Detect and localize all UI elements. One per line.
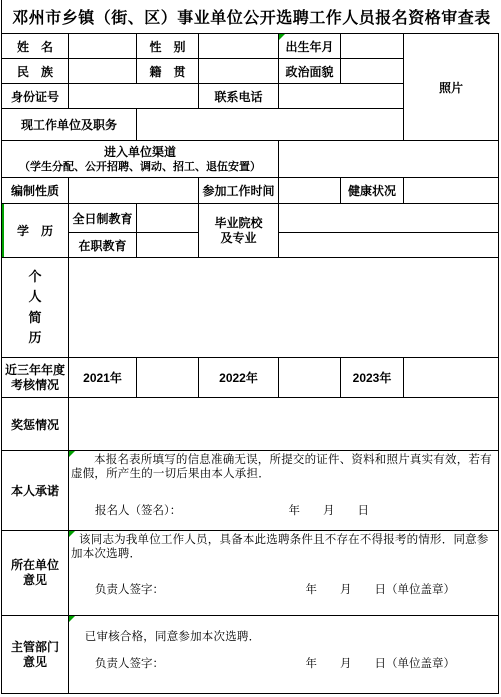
year-2021-value-cell[interactable] — [137, 358, 199, 398]
dept-opinion-text: 已审核合格，同意参加本次选聘． — [71, 631, 496, 645]
error-marker-triangle-icon — [69, 531, 75, 537]
unit-opinion-date-label: 年 月 日（单位盖章） — [306, 583, 456, 597]
current-unit-value-cell[interactable] — [137, 109, 404, 141]
year-2023-label: 2023年 — [341, 358, 404, 398]
dept-opinion-content-cell[interactable]: 已审核合格，同意参加本次选聘． 负责人签字： 年 月 日（单位盖章） — [69, 616, 499, 694]
promise-label: 本人承诺 — [2, 451, 69, 531]
ethnic-value-cell[interactable] — [69, 59, 137, 84]
school-major-line1: 毕业院校 — [199, 216, 278, 231]
staffing-label: 编制性质 — [2, 178, 69, 204]
year-2022-label: 2022年 — [199, 358, 279, 398]
year-2023-value-cell[interactable] — [404, 358, 499, 398]
ethnic-label: 民 族 — [2, 59, 69, 84]
current-unit-label: 现工作单位及职务 — [2, 109, 137, 141]
rewards-value-cell[interactable] — [69, 398, 499, 451]
health-label: 健康状况 — [341, 178, 404, 204]
health-value-cell[interactable] — [404, 178, 499, 204]
name-label: 姓 名 — [2, 34, 69, 59]
promise-date-label: 年 月 日 — [289, 504, 370, 518]
resume-value-cell[interactable] — [69, 258, 499, 358]
school-major-onjob-value-cell[interactable] — [279, 233, 499, 258]
entry-channel-label: 进入单位渠道 （学生分配、公开招聘、调动、招工、退伍安置） — [2, 141, 279, 178]
birth-label-text: 出生年月 — [285, 40, 333, 54]
assessment-line2: 考核情况 — [2, 378, 68, 393]
phone-label: 联系电话 — [199, 84, 279, 109]
onjob-edu-value-cell[interactable] — [137, 233, 199, 258]
join-time-label: 参加工作时间 — [199, 178, 279, 204]
assessment-label: 近三年年度 考核情况 — [2, 358, 69, 398]
photo-label: 照片 — [439, 81, 463, 95]
promise-text: 本报名表所填写的信息准确无误，所提交的证件、资料和照片真实有效，若有虚假，所产生… — [71, 454, 496, 481]
resume-label: 个人简历 — [2, 258, 69, 358]
dept-opinion-sign-label: 负责人签字： — [95, 657, 164, 671]
school-major-line2: 及专业 — [199, 231, 278, 246]
unit-opinion-line2: 意见 — [2, 573, 68, 588]
education-label: 学 历 — [2, 204, 69, 258]
birth-label: 出生年月 — [279, 34, 341, 59]
rewards-label: 奖惩情况 — [2, 398, 69, 451]
join-time-value-cell[interactable] — [279, 178, 341, 204]
unit-opinion-label: 所在单位 意见 — [2, 531, 69, 616]
error-marker-triangle-icon — [69, 616, 75, 622]
dept-opinion-line2: 意见 — [2, 655, 68, 670]
dept-opinion-date-label: 年 月 日（单位盖章） — [306, 657, 456, 671]
birth-value-cell[interactable] — [341, 34, 404, 59]
promise-content-cell[interactable]: 本报名表所填写的信息准确无误，所提交的证件、资料和照片真实有效，若有虚假，所产生… — [69, 451, 499, 531]
error-marker-triangle-icon — [69, 451, 75, 457]
page-title: 邓州市乡镇（街、区）事业单位公开选聘工作人员报名资格审查表 — [1, 0, 501, 33]
photo-cell[interactable]: 照片 — [404, 34, 499, 141]
year-2022-value-cell[interactable] — [279, 358, 341, 398]
education-label-text: 学 历 — [17, 224, 53, 238]
politics-label: 政治面貌 — [279, 59, 341, 84]
staffing-value-cell[interactable] — [69, 178, 199, 204]
unit-opinion-text: 该同志为我单位工作人员，具备本此选聘条件且不存在不得报考的情形．同意参加本次选聘… — [71, 534, 496, 561]
unit-opinion-content-cell[interactable]: 该同志为我单位工作人员，具备本此选聘条件且不存在不得报考的情形．同意参加本次选聘… — [69, 531, 499, 616]
politics-value-cell[interactable] — [341, 59, 404, 84]
fulltime-edu-label: 全日制教育 — [69, 204, 137, 233]
gender-label: 性 别 — [137, 34, 199, 59]
entry-channel-line2: （学生分配、公开招聘、调动、招工、退伍安置） — [2, 160, 278, 174]
native-place-value-cell[interactable] — [199, 59, 279, 84]
school-major-label: 毕业院校 及专业 — [199, 204, 279, 258]
entry-channel-value-cell[interactable] — [279, 141, 499, 178]
assessment-line1: 近三年年度 — [2, 363, 68, 378]
error-marker-bar-icon — [2, 204, 4, 257]
fulltime-edu-value-cell[interactable] — [137, 204, 199, 233]
id-number-label: 身份证号 — [2, 84, 69, 109]
dept-opinion-label: 主管部门 意见 — [2, 616, 69, 694]
phone-value-cell[interactable] — [279, 84, 404, 109]
year-2021-label: 2021年 — [69, 358, 137, 398]
resume-label-text: 个人简历 — [28, 267, 43, 348]
id-number-value-cell[interactable] — [69, 84, 199, 109]
form-table: 姓 名 性 别 出生年月 照片 民 族 籍 贯 政治面貌 身份证号 — [1, 33, 499, 694]
entry-channel-line1: 进入单位渠道 — [2, 145, 278, 160]
error-marker-triangle-icon — [279, 34, 285, 40]
school-major-fulltime-value-cell[interactable] — [279, 204, 499, 233]
onjob-edu-label: 在职教育 — [69, 233, 137, 258]
native-place-label: 籍 贯 — [137, 59, 199, 84]
unit-opinion-line1: 所在单位 — [2, 558, 68, 573]
unit-opinion-sign-label: 负责人签字： — [95, 583, 164, 597]
dept-opinion-line1: 主管部门 — [2, 640, 68, 655]
qualification-review-form: 邓州市乡镇（街、区）事业单位公开选聘工作人员报名资格审查表 姓 名 性 别 出生… — [0, 0, 501, 697]
promise-sign-label: 报名人（签名）： — [95, 504, 181, 518]
gender-value-cell[interactable] — [199, 34, 279, 59]
name-value-cell[interactable] — [69, 34, 137, 59]
